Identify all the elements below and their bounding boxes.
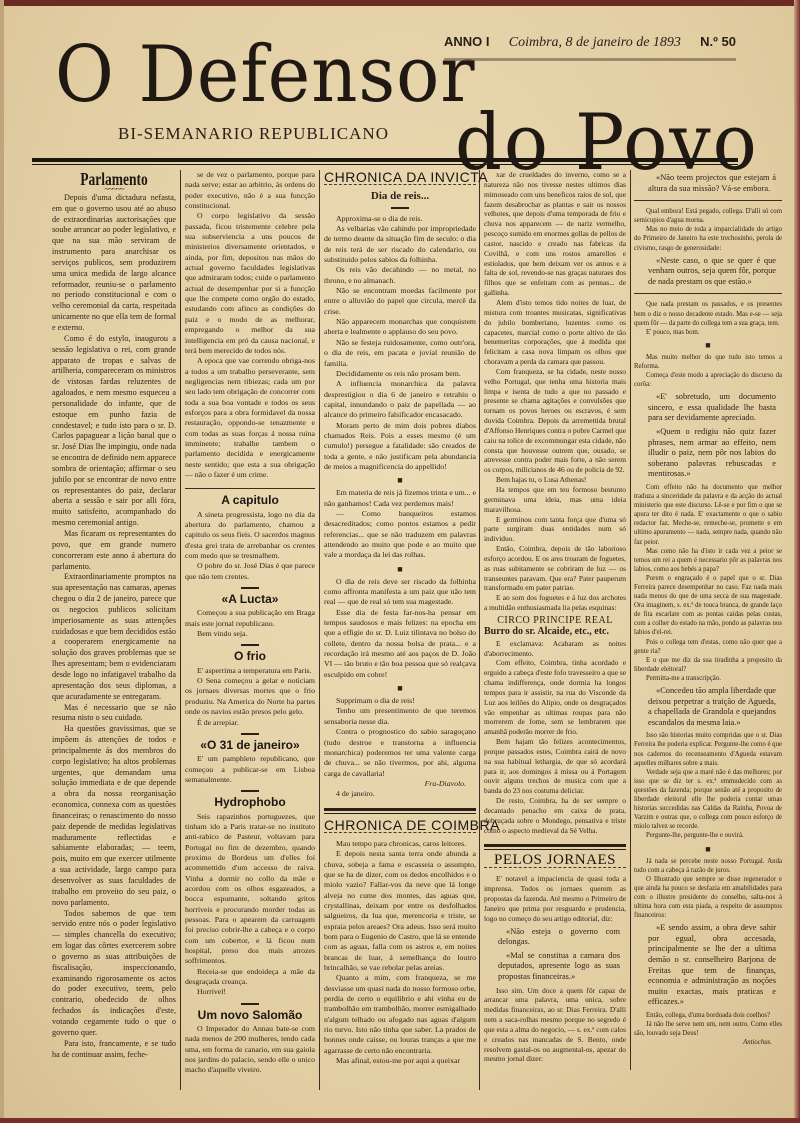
paragraph: A sineta progressista, logo no dia da ab…	[185, 510, 315, 562]
column-divider	[180, 170, 181, 1090]
paragraph: Isso sim. Um doce a quem fôr capaz de ar…	[484, 986, 626, 1065]
paragraph: E germinou com tanta força que d'uma só …	[484, 515, 626, 545]
paragraph: Mas é necessario que se não resuma nisto…	[52, 703, 176, 725]
paragraph: Mas ficaram os representantes do povo, q…	[52, 529, 176, 572]
column-1: Parlamento ~~~~~ Depois d'uma dictadura …	[52, 170, 176, 1060]
masthead-title-part1: O Defensor	[55, 36, 475, 114]
news-item-heading: «O 31 de janeiro»	[185, 740, 315, 750]
paragraph: E exclamava: Acabaram as noites d'aborre…	[484, 639, 626, 659]
subheading-dia-de-reis: Dia de reis...	[324, 191, 476, 201]
article-body-parlamento-cont: se de vez o parlamento, porque para nada…	[185, 170, 315, 480]
paragraph: De resto, Coimbra, ha de ser sempre o de…	[484, 796, 626, 835]
column-4: xar de crueldades do inverno, como se a …	[484, 170, 626, 1064]
paragraph: O pobre do sr. José Dias é que parece qu…	[185, 561, 315, 582]
paragraph: Bem vindo seja.	[185, 629, 315, 639]
masthead-rule-thick	[32, 158, 738, 162]
paragraph: Mas afinal, estou-me por aqui a queixar	[324, 1056, 476, 1066]
section-double-rule	[324, 808, 476, 814]
paragraph: Seis rapazinhos portuguezes, que tinham …	[185, 812, 315, 967]
signature-fra-diavolo: Fra-Diavolo.	[324, 779, 476, 789]
paragraph: E depois nesta santa terra onde abunda a…	[324, 849, 476, 973]
paragraph: Com effeito, Coimbra, tinha acordado e e…	[484, 658, 626, 737]
chronica-invicta-body-d: Supprimam o dia de reis!Tenho um present…	[324, 696, 476, 779]
article-body-parlamento: Depois d'uma dictadura nefasta, em que o…	[52, 193, 176, 1061]
paragraph: Decididamente os reis não prosam bem.	[324, 369, 476, 379]
paragraph: Ha tempos que em teu formoso bestunto ge…	[484, 485, 626, 515]
issue-rule	[444, 58, 736, 61]
section-rule	[634, 293, 782, 294]
paragraph: Qual embora! Está pegado, collega. D'all…	[634, 207, 782, 225]
paragraph: A epoca que vae correndo obriga-nos a to…	[185, 356, 315, 480]
poster-burro: Burro do sr. Alcaide, etc., etc.	[484, 627, 626, 637]
poster-circo: CIRCO PRINCIPE REAL	[484, 616, 626, 626]
paragraph: E' asperrima a temperatura em Paris.	[185, 666, 315, 676]
separator-dot: ■	[324, 475, 476, 485]
article-heading-parlamento: Parlamento	[68, 174, 161, 185]
chronica-coimbra-cont: xar de crueldades do inverno, como se a …	[484, 170, 626, 613]
short-rule	[391, 207, 409, 209]
page-edge-left	[0, 0, 4, 1123]
paragraph: Os reis vão decahindo — no metal, no thr…	[324, 265, 476, 286]
signature-antiochus: Antiochus.	[634, 1038, 782, 1047]
paragraph: Supprimam o dia de reis!	[324, 696, 476, 706]
short-rule	[241, 644, 259, 646]
quotation: «Não esteja o governo com delongas.	[498, 927, 620, 948]
quotation: «Mal se constitua a camara dos deputados…	[498, 951, 620, 983]
section-rule	[634, 200, 782, 201]
paragraph: Começa d'este modo a apreciação do discu…	[634, 371, 782, 389]
quotation: «E' sobretudo, um documento sincero, e e…	[648, 392, 776, 424]
paragraph: Todos sabemos de que tem servido entre n…	[52, 909, 176, 1039]
page-edge-right	[794, 0, 800, 1123]
column-5: «Não teem projectos que estejam á altura…	[634, 170, 782, 1047]
paragraph: Quanto a mim, com franqueza, se me desvi…	[324, 973, 476, 1056]
news-item-heading: Um novo Salomão	[185, 1010, 315, 1020]
paragraph: — Como banqueiros estamos desacreditados…	[324, 509, 476, 561]
separator-dot: ■	[634, 340, 782, 350]
paragraph: E' um pamphleto republicano, que começou…	[185, 754, 315, 785]
paragraph: E' notavel a impaciencia de quasi toda a…	[484, 874, 626, 923]
column-2: se de vez o parlamento, porque para nada…	[185, 170, 315, 1076]
paragraph: xar de crueldades do inverno, como se a …	[484, 170, 626, 298]
short-rule	[241, 1003, 259, 1005]
chronica-invicta-body-c: O dia de reis deve ser riscado da folhin…	[324, 577, 476, 680]
news-item-heading: «A Lucta»	[185, 594, 315, 604]
paragraph: Bem hajam tão felizes acontecimentos, po…	[484, 737, 626, 796]
paragraph: Tenho um presentimento de que teremos se…	[324, 706, 476, 727]
paragraph: A influencia monarchica da palavra despr…	[324, 379, 476, 420]
quotation: «Quem o redigiu não quiz fazer phrases, …	[648, 427, 776, 480]
paragraph: Como é do estylo, inaugurou a sessão leg…	[52, 334, 176, 529]
paragraph: se de vez o parlamento, porque para nada…	[185, 170, 315, 211]
paragraph: E o que me diz da sua tiradinha a propos…	[634, 656, 782, 674]
paragraph: É de arrepiar.	[185, 718, 315, 728]
paragraph: Mas no meio de toda a imparcialidade do …	[634, 225, 782, 252]
column-divider	[319, 170, 320, 1090]
paragraph: E ao som dos foguetes e á luz dos archot…	[484, 593, 626, 613]
quotation: «Concedeu tão ampla liberdade que deixou…	[648, 686, 776, 728]
paragraph: Verdade seja que a maré não é das melhor…	[634, 768, 782, 832]
paragraph: As velharias vão cahindo por improprieda…	[324, 224, 476, 265]
separator-dot: ■	[324, 564, 476, 574]
paragraph: Depois d'uma dictadura nefasta, em que o…	[52, 193, 176, 334]
paragraph: Extraordinariamente promptos na sua apre…	[52, 572, 176, 702]
quotation: «Não teem projectos que estejam á altura…	[648, 173, 776, 194]
issue-info: ANNO I Coimbra, 8 de janeiro de 1893 N.º…	[444, 34, 736, 51]
paragraph: Contra o prognostico do sabio saragoçano…	[324, 727, 476, 779]
paragraph: Em materia de reis já fizemos trinta e u…	[324, 488, 476, 509]
paragraph: Não se encontram moedas facilmente por e…	[324, 286, 476, 317]
paragraph: Para isto, francamente, e se tudo ha de …	[52, 1039, 176, 1061]
column-divider	[479, 170, 480, 1090]
paragraph: Receia-se que endoideça a mãe da desgraç…	[185, 967, 315, 988]
chronica-invicta-body: Approxima-se o dia de reis.As velharias …	[324, 214, 476, 473]
paragraph: Alem d'isto temos tido noites de luar, d…	[484, 298, 626, 367]
section-rule	[185, 488, 315, 489]
paragraph: Pois o collega tem d'estas, como não que…	[634, 638, 782, 656]
paragraph: Não se festeja ruidosamente, como outr'o…	[324, 338, 476, 369]
pelos-jornaes-body: E' notavel a impaciencia de quasi toda a…	[484, 874, 626, 1064]
paragraph: Esse dia de festa far-nos-ha pensar em t…	[324, 608, 476, 680]
paragraph: Approxima-se o dia de reis.	[324, 214, 476, 224]
news-item-heading: O frio	[185, 651, 315, 661]
paragraph: Que nada prestam os passados, e os prese…	[634, 300, 782, 327]
paragraph: Com effeito não ha documento que melhor …	[634, 483, 782, 547]
heading-chronica-invicta: CHRONICA DA INVICTA	[324, 172, 476, 182]
paragraph: Não apparecem monarchas que conquistem a…	[324, 317, 476, 338]
paragraph: O Illustrado que sempre se disse regener…	[634, 875, 782, 920]
news-item-heading: A capitulo	[185, 495, 315, 505]
paragraph: Mas como não ha d'isto ir cada vez a pei…	[634, 547, 782, 574]
news-items: A capituloA sineta progressista, logo no…	[185, 495, 315, 1076]
masthead-rule-thin	[32, 164, 738, 165]
paragraph: Pergunte-lhe, pergunte-lhe e ouvirá.	[634, 831, 782, 840]
paragraph: O Sena começou a gelar e noticiam os jor…	[185, 676, 315, 717]
paragraph: O dia de reis deve ser riscado da folhin…	[324, 577, 476, 608]
section-double-rule	[484, 844, 626, 850]
chronica-coimbra-body: Mau tempo para chronicas, caros leitores…	[324, 839, 476, 1067]
article-date: 4 de janeiro.	[324, 789, 476, 799]
paragraph: Permitta-me a transcripção.	[634, 674, 782, 683]
quotation: «E sendo assim, a obra deve sahir por eg…	[648, 923, 776, 1008]
chronica-coimbra-cont-b: E exclamava: Acabaram as noites d'aborre…	[484, 639, 626, 836]
paragraph: O corpo legislativo da sessão passada, f…	[185, 211, 315, 356]
short-rule	[241, 733, 259, 735]
paragraph: Porem o engraçado é o papel que o sr. Di…	[634, 574, 782, 638]
heading-pelos-jornaes: PELOS JORNAES	[484, 856, 626, 866]
separator-dot: ■	[324, 683, 476, 693]
column-3: CHRONICA DA INVICTA Dia de reis... Appro…	[324, 170, 476, 1066]
column-divider	[630, 170, 631, 1070]
quotation: «Neste caso, o que se quer é que venham …	[648, 256, 776, 288]
masthead-subtitle: BI-SEMANARIO REPUBLICANO	[118, 124, 389, 144]
newspaper-page: O Defensor do Povo BI-SEMANARIO REPUBLIC…	[0, 0, 800, 1123]
page-edge-top	[0, 0, 800, 6]
paragraph: Já nada se percebe neste nosso Portugal.…	[634, 857, 782, 875]
issue-year: ANNO I	[444, 34, 490, 49]
chronica-invicta-body-b: Em materia de reis já fizemos trinta e u…	[324, 488, 476, 560]
paragraph: Com franqueza, se ha cidade, neste nosso…	[484, 367, 626, 475]
paragraph: Isso são historias muito compridas que o…	[634, 731, 782, 767]
paragraph: Então, collega, d'uma bordoada dois coel…	[634, 1011, 782, 1020]
pelos-jornaes-cont: «Não teem projectos que estejam á altura…	[634, 173, 782, 1047]
paragraph: Começou a sua publicação em Braga mais e…	[185, 608, 315, 629]
paragraph: Então, Coimbra, depois de tão laborioso …	[484, 544, 626, 593]
paragraph: Bem hajas tu, o Lusa Athenas!	[484, 475, 626, 485]
paragraph: Mau tempo para chronicas, caros leitores…	[324, 839, 476, 849]
page-edge-bottom	[0, 1118, 800, 1123]
heading-chronica-coimbra: CHRONICA DE COIMBRA	[324, 820, 476, 830]
paragraph: E' pouco, mas bom.	[634, 328, 782, 337]
issue-date: Coimbra, 8 de janeiro de 1893	[509, 35, 681, 51]
separator-dot: ■	[634, 844, 782, 854]
paragraph: Mas muito melhor do que tudo isto temos …	[634, 353, 782, 371]
paragraph: Moram perto de mim dois pobres diabos ch…	[324, 421, 476, 473]
paragraph: Já não lhe serve nem um, nem outro. Como…	[634, 1020, 782, 1038]
issue-number: N.º 50	[700, 34, 736, 49]
paragraph: Horrivel!	[185, 987, 315, 997]
paragraph: Ha questões gravissimas, que se impõem á…	[52, 724, 176, 908]
news-item-heading: Hydrophobo	[185, 797, 315, 807]
short-rule	[241, 587, 259, 589]
paragraph: O Imperador do Annau bate-se com nada me…	[185, 1024, 315, 1076]
short-rule	[241, 790, 259, 792]
